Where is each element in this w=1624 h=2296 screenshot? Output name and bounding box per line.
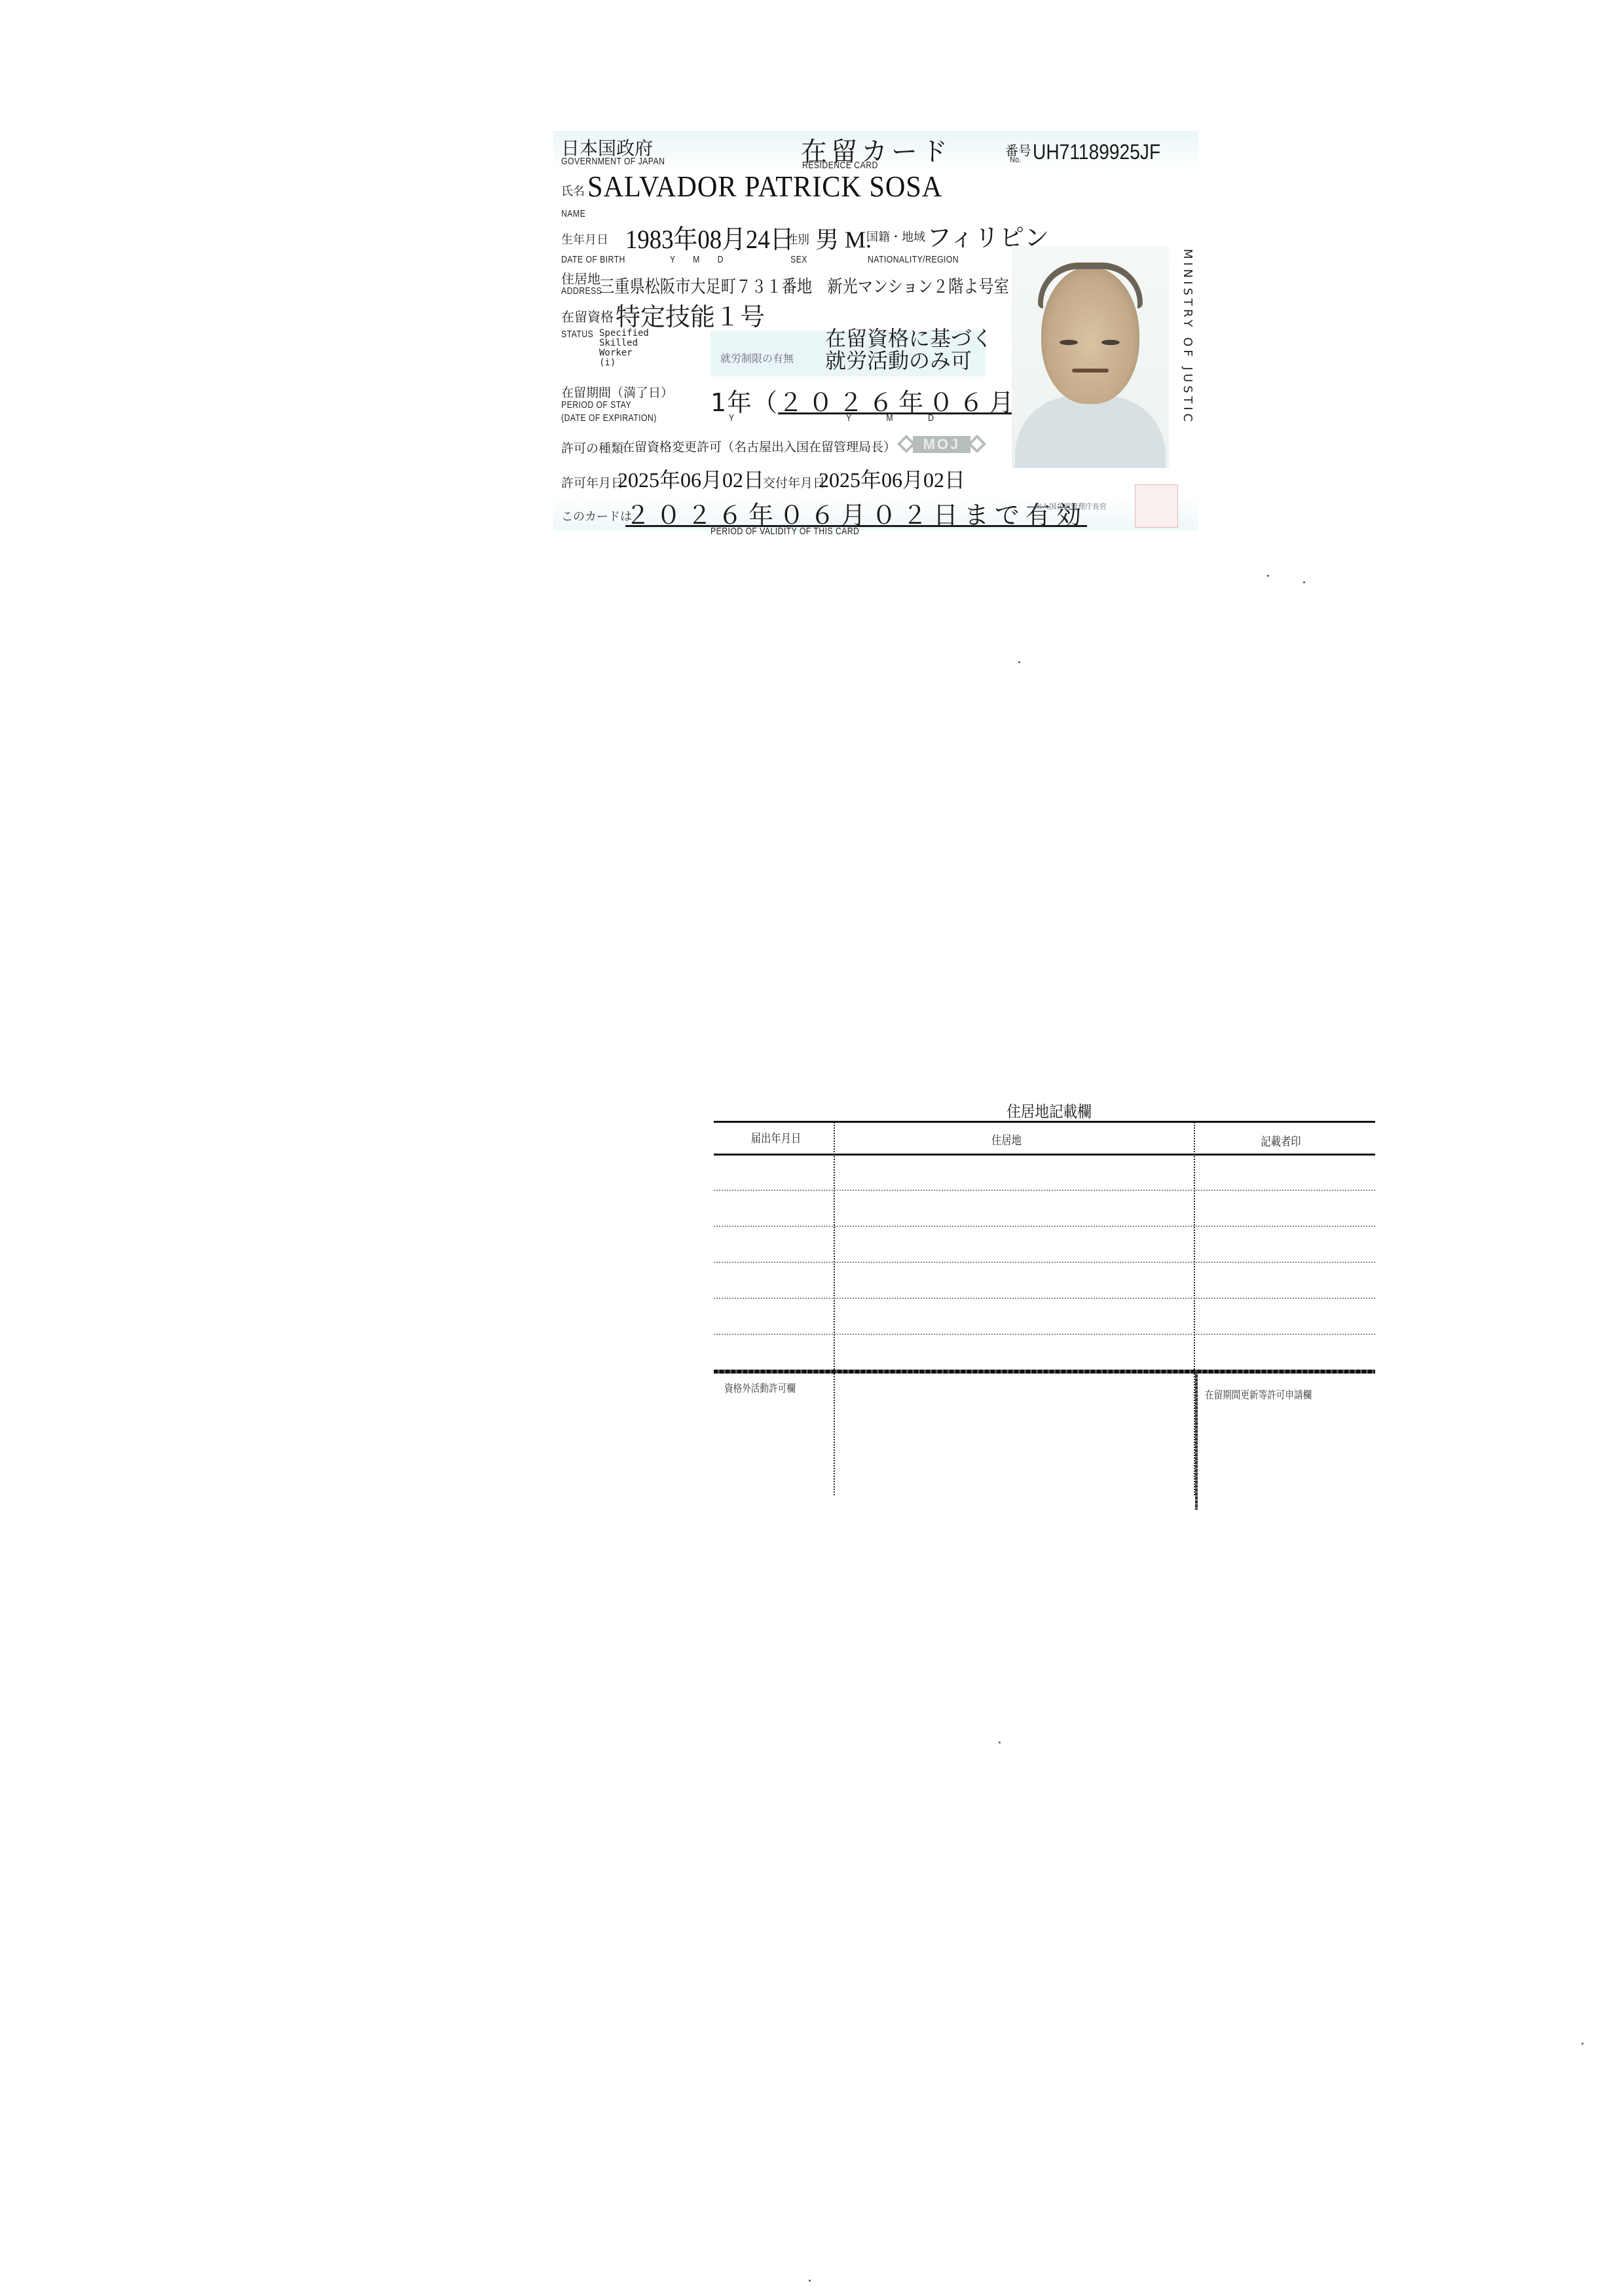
sex-value: 男 M. [815, 221, 872, 255]
moj-mark: MOJ [913, 436, 970, 453]
permission-date-label: 許可年月日 [561, 473, 623, 491]
nationality-label: 国籍・地域 [866, 228, 925, 245]
sex-label-en: SEX [790, 254, 807, 265]
scan-speck [1581, 2043, 1583, 2045]
period-label: 在留期間（満了日） [561, 383, 673, 401]
photo-eye [1101, 340, 1120, 345]
dob-ymd: Y M D [670, 254, 724, 265]
scan-speck [809, 2280, 811, 2282]
validity-label-en: PERIOD OF VALIDITY OF THIS CARD [710, 526, 859, 537]
issuer-en: GOVERNMENT OF JAPAN [561, 156, 665, 167]
photo-hair [1038, 263, 1143, 308]
issue-date-label: 交付年月日 [763, 473, 825, 491]
table-row [714, 1190, 1375, 1191]
section-rule [714, 1370, 1375, 1374]
status-value-en: Specified Skilled Worker (i) [599, 329, 649, 368]
issuer-stamp-text: 出入国在留管理庁長官 [1035, 501, 1107, 511]
name-label-en: NAME [561, 208, 585, 219]
scan-speck [1267, 575, 1269, 577]
name-label: 氏名 [561, 182, 585, 199]
table-row [714, 1262, 1375, 1263]
photo-shoulders [1015, 396, 1166, 468]
table-row [714, 1298, 1375, 1299]
col-header-address: 住居地 [991, 1131, 1022, 1148]
sex-label: 性別 [786, 230, 809, 247]
diamond-icon [968, 435, 986, 453]
period-label-en: PERIOD OF STAY [561, 399, 631, 410]
holder-name: SALVADOR PATRICK SOSA [587, 169, 942, 204]
validity-label: このカードは [561, 507, 632, 524]
column-divider [834, 1122, 835, 1495]
dob-label-en: DATE OF BIRTH [561, 254, 625, 265]
expiration-label-en: (DATE OF EXPIRATION) [561, 412, 657, 424]
work-restriction-value: 在留資格に基づく 就労活動のみ可 [825, 327, 993, 372]
work-restriction-label: 就労制限の有無 [720, 350, 794, 365]
dob-label: 生年月日 [561, 230, 608, 247]
residence-card-front: 日本国政府 GOVERNMENT OF JAPAN 在留カード RESIDENC… [553, 131, 1198, 530]
table-top-rule [714, 1121, 1375, 1123]
card-number: UH71189925JF [1033, 140, 1160, 164]
col-header-stamp: 記載者印 [1261, 1133, 1301, 1150]
ministry-watermark: MINISTRY OF JUSTIC [1181, 249, 1194, 425]
status-value: 特定技能１号 [616, 297, 765, 333]
period-y: Y [729, 412, 735, 424]
card-number-label-en: No. [1010, 155, 1022, 164]
address-record-title: 住居地記載欄 [1006, 1099, 1092, 1121]
status-label-en: STATUS [561, 329, 593, 340]
issue-date: 2025年06月02日 [819, 464, 965, 494]
permission-type: 在留資格変更許可（名古屋出入国在留管理局長） [622, 437, 896, 455]
photo-mouth [1072, 369, 1109, 373]
scan-speck [1018, 661, 1020, 663]
moj-hologram: MOJ [898, 435, 985, 454]
residence-card-back: 住居地記載欄 届出年月日 住居地 記載者印 資格外活動許可欄 在留期間更新等許可… [714, 1093, 1395, 1512]
period-length: 1年（ [710, 388, 778, 417]
col-header-date: 届出年月日 [751, 1129, 802, 1146]
photo-eye [1060, 340, 1078, 345]
date-of-birth: 1983年08月24日 [625, 219, 794, 256]
table-row [714, 1334, 1375, 1335]
permission-date: 2025年06月02日 [618, 464, 764, 494]
permission-type-label: 許可の種類 [561, 439, 623, 456]
scan-speck [1303, 581, 1305, 583]
address-label-en: ADDRESS [561, 285, 602, 297]
address-label: 住居地 [561, 268, 600, 287]
status-label: 在留資格 [561, 306, 614, 325]
extension-application-label: 在留期間更新等許可申請欄 [1205, 1387, 1312, 1402]
scan-speck [999, 1741, 1001, 1743]
holder-photo [1012, 246, 1169, 468]
table-row [714, 1226, 1375, 1227]
official-seal [1135, 484, 1178, 528]
table-header-rule [714, 1154, 1375, 1156]
section-divider [1195, 1371, 1198, 1510]
address-value: 三重県松阪市大足町７３１番地 新光マンション２階よ号室 [599, 272, 1009, 298]
period-ymd: Y M D [846, 412, 934, 424]
nationality-label-en: NATIONALITY/REGION [868, 254, 959, 265]
outside-activity-permission-label: 資格外活動許可欄 [724, 1380, 796, 1395]
